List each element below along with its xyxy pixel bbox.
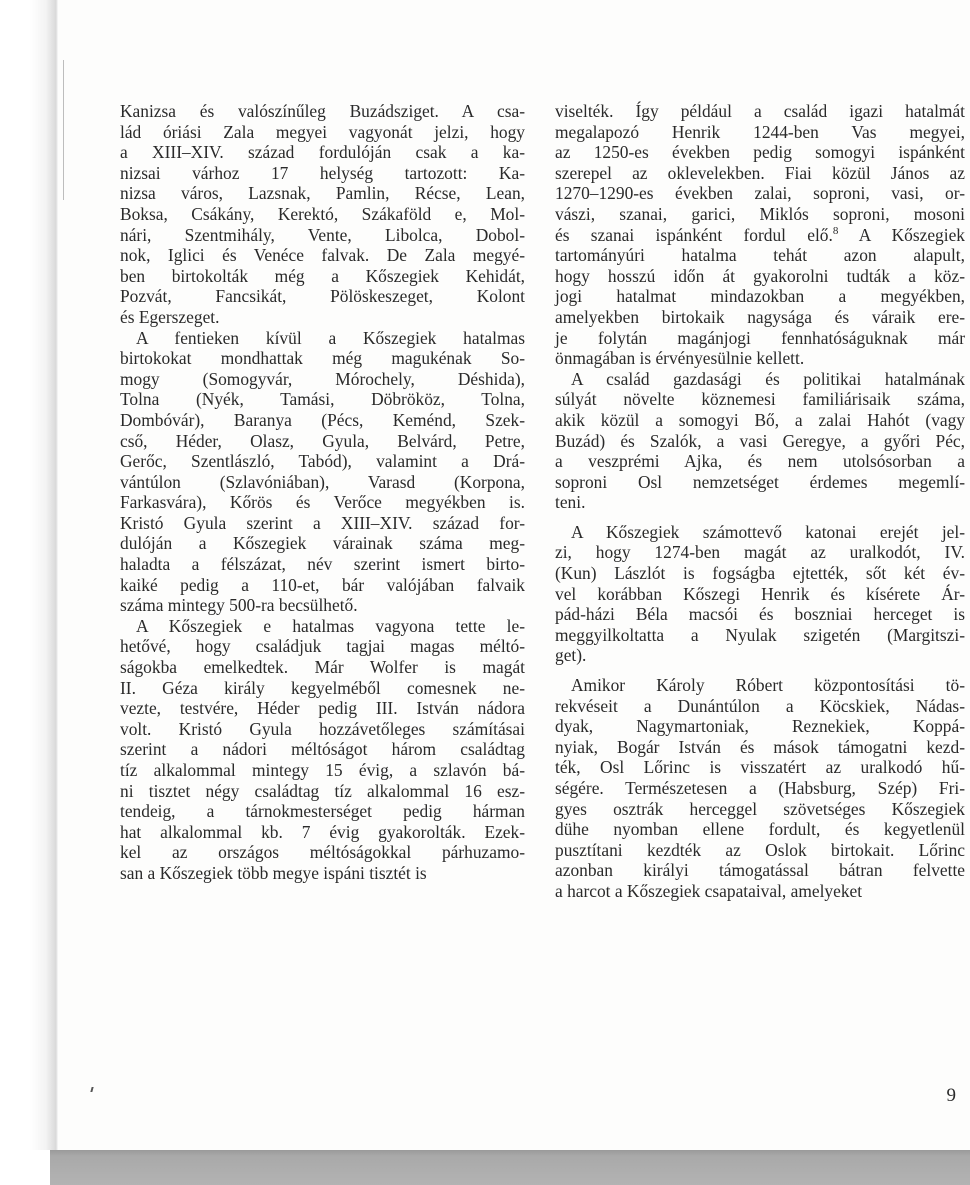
text-line: súlyát növelte köznemesi familiárisaik s… <box>555 389 965 410</box>
text-line: A család gazdasági és politikai hatalmán… <box>555 369 965 390</box>
text-line: Farkasvára), Kőrös és Verőce megyékben i… <box>120 492 525 513</box>
text-line: hat alkalommal kb. 7 évig gyakorolták. E… <box>120 822 525 843</box>
text-line: get). <box>555 645 965 666</box>
text-line: vászi, szanai, garici, Miklós soproni, m… <box>555 204 965 225</box>
text-line: rekvéseit a Dunántúlon a Köcskiek, Nádas… <box>555 696 965 717</box>
paragraph: viselték. Így például a család igazi hat… <box>555 101 965 369</box>
text-line: pád-házi Béla macsói és boszniai hercege… <box>555 604 965 625</box>
text-line: kel az országos méltóságokkal párhuzamo- <box>120 842 525 863</box>
paragraph: A Kőszegiek e hatalmas vagyona tette le-… <box>120 616 525 884</box>
text-line: Tolna (Nyék, Tamási, Döbrököz, Tolna, <box>120 389 525 410</box>
scan-binding-shadow <box>0 0 58 1185</box>
scan-edge-line <box>63 60 64 200</box>
text-column-right: viselték. Így például a család igazi hat… <box>555 101 965 902</box>
page-number: 9 <box>947 1085 957 1107</box>
text-line: viselték. Így például a család igazi hat… <box>555 101 965 122</box>
text-line: soproni Osl nemzetséget érdemes megemlí- <box>555 472 965 493</box>
text-line: ték, Osl Lőrinc is visszatért az uralkod… <box>555 757 965 778</box>
text-line: hetővé, hogy családjuk tagjai magas mélt… <box>120 636 525 657</box>
paragraph: A fentieken kívül a Kőszegiek hatalmasbi… <box>120 328 525 616</box>
text-line: ben birtokolták még a Kőszegiek Kehidát, <box>120 266 525 287</box>
text-line: zi, hogy 1274-ben magát az uralkodót, IV… <box>555 542 965 563</box>
text-line: tendeig, a tárnokmesterséget pedig hárma… <box>120 801 525 822</box>
text-line: Amikor Károly Róbert központosítási tö- <box>555 675 965 696</box>
text-line: pusztítani kezdték az Oslok birtokait. L… <box>555 840 965 861</box>
text-line: Dombóvár), Baranya (Pécs, Keménd, Szek- <box>120 410 525 431</box>
text-line: birtokokat mondhattak még magukénak So- <box>120 348 525 369</box>
text-column-left: Kanizsa és valószínűleg Buzádsziget. A c… <box>120 101 525 884</box>
paragraph: Kanizsa és valószínűleg Buzádsziget. A c… <box>120 101 525 328</box>
text-line: Pozvát, Fancsikát, Pölöskeszeget, Kolont <box>120 286 525 307</box>
text-line: és Egerszeget. <box>120 307 525 328</box>
text-line: (Kun) Lászlót is fogságba ejtették, sőt … <box>555 563 965 584</box>
text-line: Kristó Gyula szerint a XIII–XIV. század … <box>120 513 525 534</box>
text-line: lád óriási Zala megyei vagyonát jelzi, h… <box>120 122 525 143</box>
text-line: nizsa város, Lazsnak, Pamlin, Récse, Lea… <box>120 183 525 204</box>
text-line: dühe nyomban ellene fordult, és kegyetle… <box>555 819 965 840</box>
text-line: jogi hatalmat mindazokban a megyékben, <box>555 286 965 307</box>
text-line: meggyilkoltatta a Nyulak szigetén (Margi… <box>555 625 965 646</box>
text-line: mogy (Somogyvár, Mórochely, Déshida), <box>120 369 525 390</box>
text-line: A fentieken kívül a Kőszegiek hatalmas <box>120 328 525 349</box>
book-page: Kanizsa és valószínűleg Buzádsziget. A c… <box>0 0 970 1185</box>
text-line: dulóján a Kőszegiek várainak száma meg- <box>120 533 525 554</box>
paragraph: A család gazdasági és politikai hatalmán… <box>555 369 965 513</box>
text-line: önmagában is érvényesülnie kellett. <box>555 348 965 369</box>
text-line: tíz alkalommal mintegy 15 évig, a szlavó… <box>120 760 525 781</box>
text-line: azonban királyi támogatással bátran felv… <box>555 860 965 881</box>
text-line: a XIII–XIV. század fordulóján csak a ka- <box>120 142 525 163</box>
text-line: A Kőszegiek számottevő katonai erejét je… <box>555 522 965 543</box>
text-line: a harcot a Kőszegiek csapataival, amelye… <box>555 881 965 902</box>
text-line: ségére. Természetesen a (Habsburg, Szép)… <box>555 778 965 799</box>
text-line: amelyekben birtokaik nagysága és váraik … <box>555 307 965 328</box>
text-line: akik közül a somogyi Bő, a zalai Hahót (… <box>555 410 965 431</box>
text-line: szerint a nádori méltóságot három család… <box>120 739 525 760</box>
text-line: dyak, Nagymartoniak, Reznekiek, Koppá- <box>555 716 965 737</box>
text-line: nári, Szentmihály, Vente, Libolca, Dobol… <box>120 225 525 246</box>
text-line: volt. Kristó Gyula hozzávetőleges számít… <box>120 719 525 740</box>
text-line: Boksa, Csákány, Kerektó, Szákaföld e, Mo… <box>120 204 525 225</box>
text-line: haladta a félszázat, név szerint ismert … <box>120 554 525 575</box>
text-line: vel korábban Kőszegi Henrik és kísérete … <box>555 584 965 605</box>
scan-speck <box>90 1087 93 1092</box>
text-line: A Kőszegiek e hatalmas vagyona tette le- <box>120 616 525 637</box>
text-line: száma mintegy 500-ra becsülhető. <box>120 595 525 616</box>
text-line: kaiké pedig a 110-et, bár valójában falv… <box>120 575 525 596</box>
text-line: nyiak, Bogár István és mások támogatni k… <box>555 737 965 758</box>
text-fragment: és szanai ispánként fordul elő. <box>555 225 833 245</box>
text-line: gyes osztrák herceggel szövetséges Kősze… <box>555 799 965 820</box>
text-line: vezte, testvére, Héder pedig III. István… <box>120 698 525 719</box>
scan-bottom-band <box>0 1150 970 1185</box>
text-line: II. Géza király kegyelméből comesnek ne- <box>120 678 525 699</box>
text-line: a veszprémi Ajka, és nem utolsósorban a <box>555 451 965 472</box>
text-line: tartományúri hatalma tehát azon alapult, <box>555 245 965 266</box>
paragraph: A Kőszegiek számottevő katonai erejét je… <box>555 522 965 666</box>
text-line: és szanai ispánként fordul elő.8 A Kősze… <box>555 225 965 246</box>
scan-bottom-band-edge <box>0 1150 50 1185</box>
text-fragment: A Kőszegiek <box>838 225 965 245</box>
text-line: megalapozó Henrik 1244-ben Vas megyei, <box>555 122 965 143</box>
text-line: Buzád) és Szalók, a vasi Geregye, a győr… <box>555 431 965 452</box>
text-line: je folytán magánjogi fennhatóságuknak má… <box>555 328 965 349</box>
text-line: nizsai várhoz 17 helység tartozott: Ka- <box>120 163 525 184</box>
text-line: ni tisztet négy családtag tíz alkalommal… <box>120 781 525 802</box>
text-line: szerepel az oklevelekben. Fiai közül Ján… <box>555 163 965 184</box>
paragraph: Amikor Károly Róbert központosítási tö-r… <box>555 675 965 902</box>
text-line: ságokba emelkedtek. Már Wolfer is magát <box>120 657 525 678</box>
text-line: teni. <box>555 492 965 513</box>
text-line: hogy hosszú időn át gyakorolni tudták a … <box>555 266 965 287</box>
text-line: az 1250-es években pedig somogyi ispánké… <box>555 142 965 163</box>
text-line: nok, Iglici és Venéce falvak. De Zala me… <box>120 245 525 266</box>
text-line: vántúlon (Szlavóniában), Varasd (Korpona… <box>120 472 525 493</box>
text-line: cső, Héder, Olasz, Gyula, Belvárd, Petre… <box>120 431 525 452</box>
text-line: Gerőc, Szentlászló, Tabód), valamint a D… <box>120 451 525 472</box>
text-line: san a Kőszegiek több megye ispáni tiszté… <box>120 863 525 884</box>
text-line: Kanizsa és valószínűleg Buzádsziget. A c… <box>120 101 525 122</box>
text-line: 1270–1290-es években zalai, soproni, vas… <box>555 183 965 204</box>
